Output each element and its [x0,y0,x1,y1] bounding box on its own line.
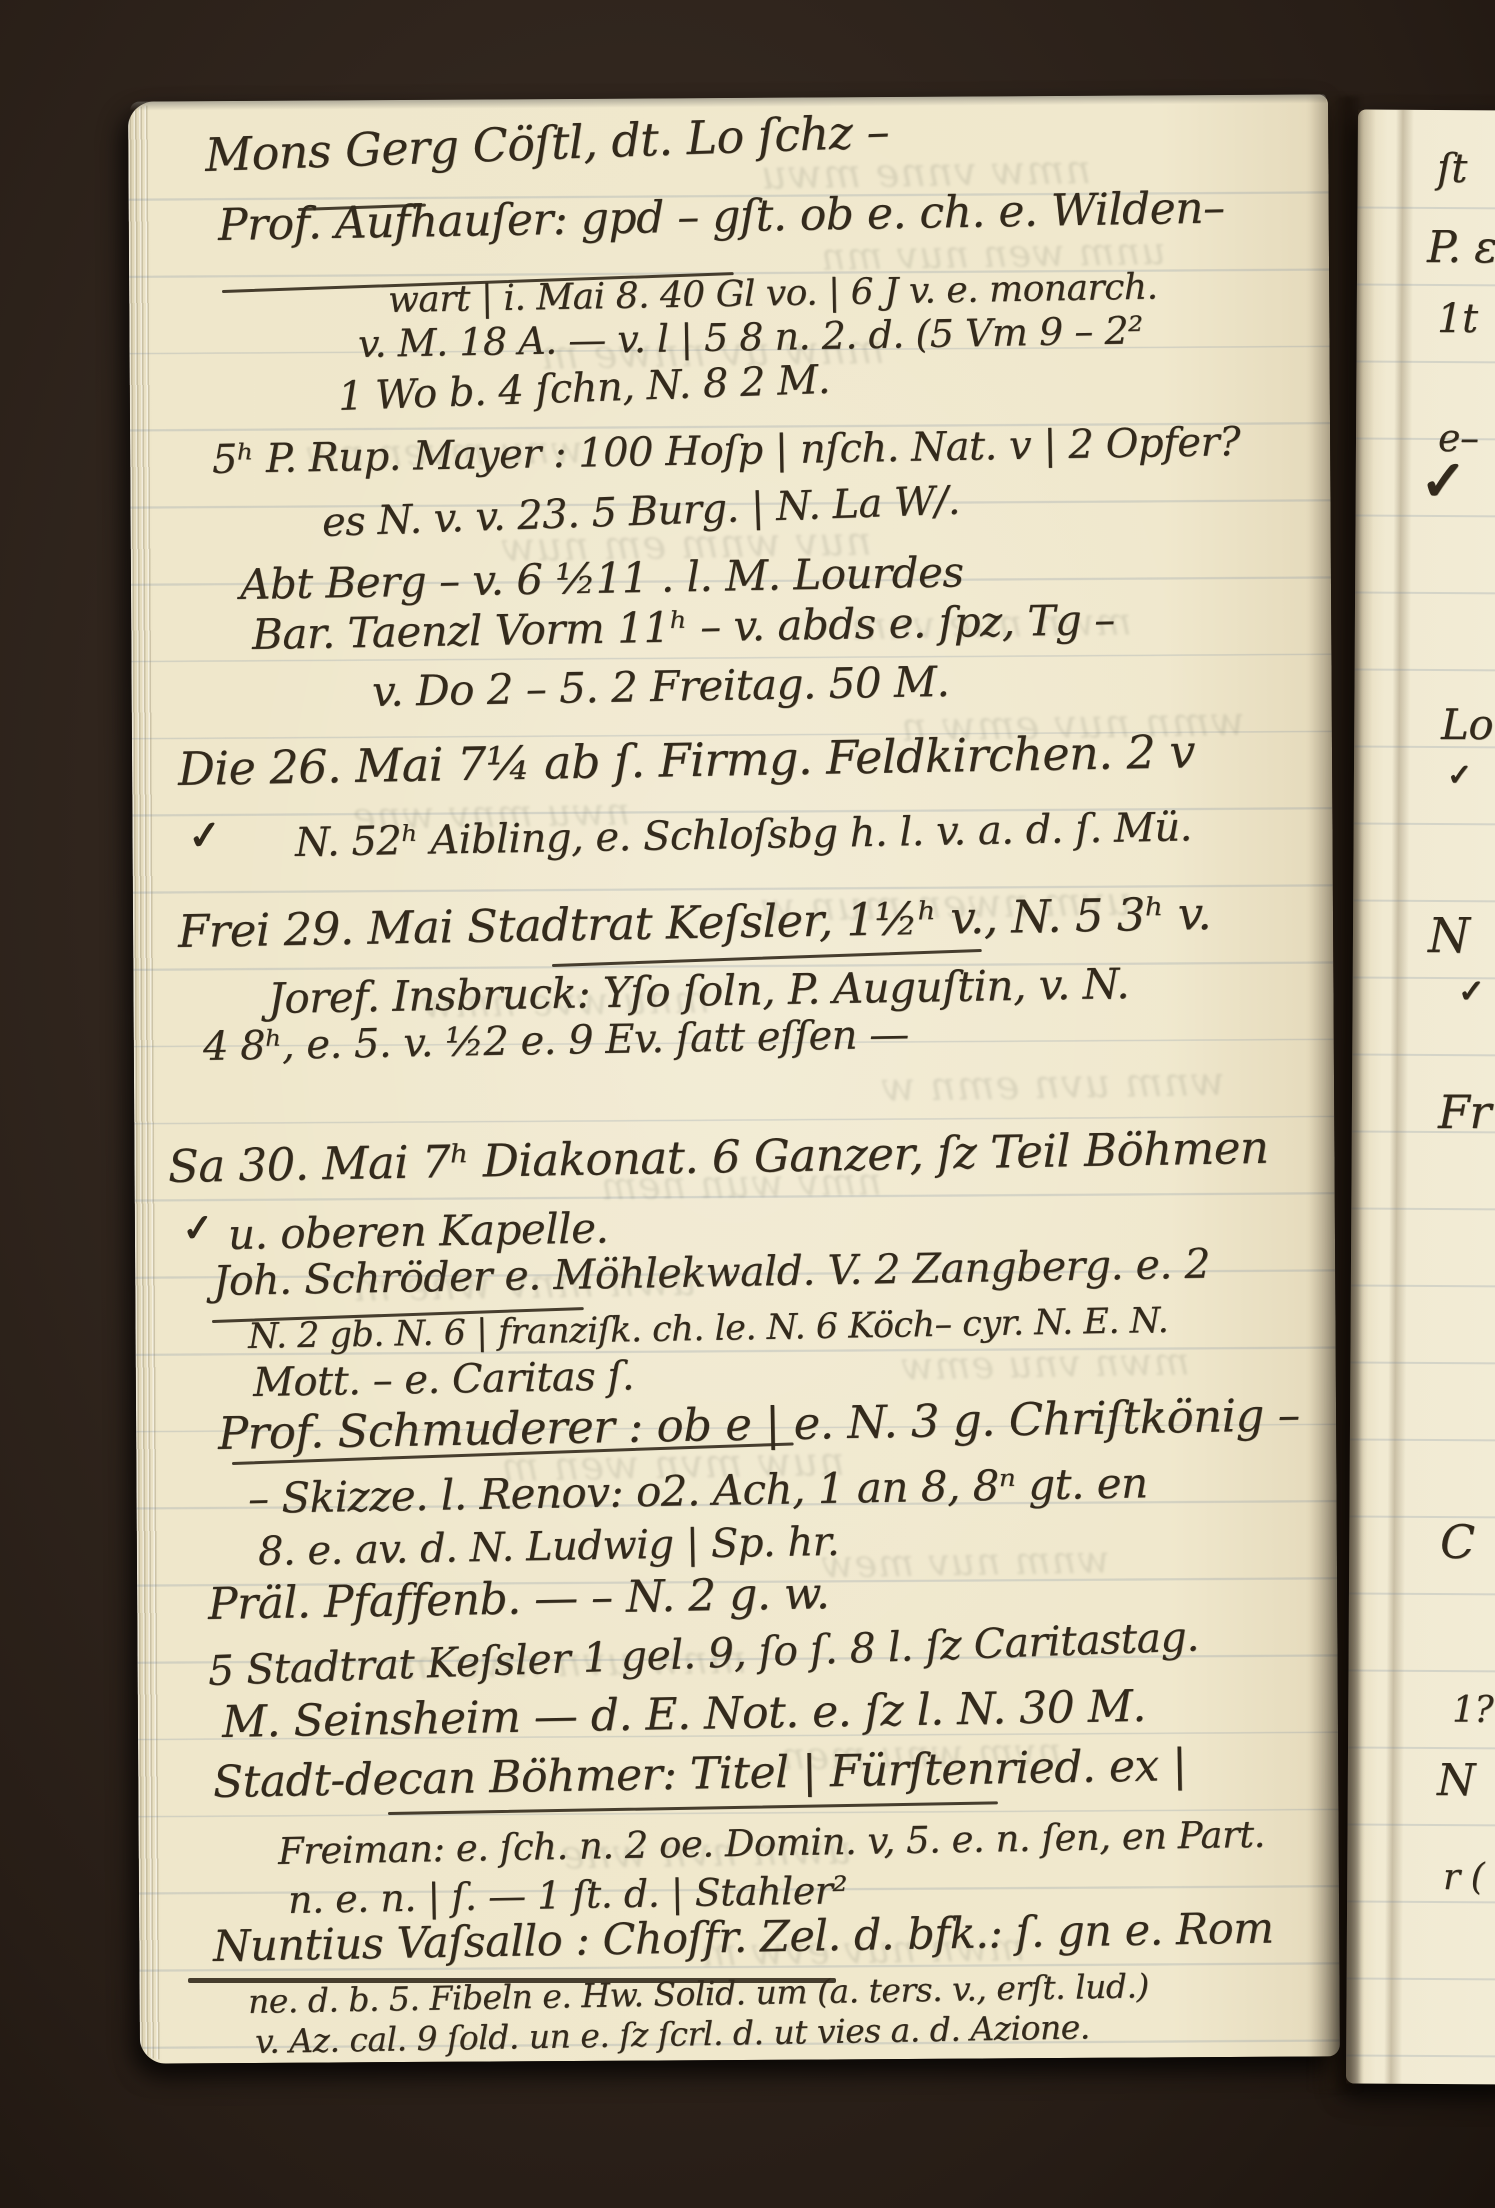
facing-page-fragment: N [1428,908,1470,964]
facing-page-fragment: P. ε [1427,222,1495,273]
bleedthrough-line: mwn vnu emw [900,1339,1190,1388]
ink-underline [388,1801,998,1815]
handwriting-ink-layer: nmw vnne mwuunm wen nuv mnmnw uv nnwe mw… [0,0,1495,2208]
facing-page-fragment: Fr [1438,1085,1491,1139]
manuscript-line: Frei 29. Mai Stadtrat Keſsler, 1½ʰ v., N… [178,887,1212,958]
facing-page-fragment: r ( [1443,1857,1484,1898]
facing-page-fragment: Lo [1441,700,1493,749]
manuscript-line: – Skizze. l. Renov: o2. Ach, 1 an 8, 8ⁿ … [248,1458,1148,1523]
bleedthrough-line: wnm nuv mew [820,1537,1110,1586]
manuscript-line: 1 Wo b. 4 ſchn, N. 8 2 M. [337,357,830,420]
manuscript-line: v. Do 2 – 5. 2 Freitag. 50 M. [372,657,950,716]
facing-page-fragment: N [1437,1755,1475,1806]
notebook-photograph: nmw vnne mwuunm wen nuv mnmnw uv nnwe mw… [0,0,1495,2208]
manuscript-line: Die 26. Mai 7¼ ab ſ. Firmg. Feldkirchen.… [178,724,1196,796]
checkmark-mark: ✓ [186,811,223,860]
ink-underline [188,1978,836,1983]
facing-page-fragment: ſt [1437,146,1467,192]
manuscript-line: Präl. Pfaffenb. — – N. 2 g. w. [208,1568,830,1630]
manuscript-line: Joref. Insbruck: Yſo ſoln, P. Auguſtin, … [268,959,1130,1023]
manuscript-line: Freiman: e. ſch. n. 2 oe. Domin. v, 5. e… [278,1813,1266,1873]
manuscript-line: Sa 30. Mai 7ʰ Diakonat. 6 Ganzer, ſz Tei… [168,1121,1269,1193]
facing-page-fragment: ✓ [1420,448,1466,514]
facing-page-fragment: C [1440,1515,1475,1569]
manuscript-line: Stadt-decan Böhmer: Titel | Fürſtenried.… [213,1740,1187,1808]
facing-page-fragment: ✓ [1458,972,1484,1010]
facing-page-fragment: 1t [1437,296,1478,342]
checkmark-mark: ✓ [180,1204,215,1251]
facing-page-fragment: ✓ [1447,758,1472,793]
manuscript-line: 8. e. av. d. N. Ludwig | Sp. hr. [258,1519,840,1575]
bleedthrough-line: wnm uvn emn w [880,1059,1226,1111]
manuscript-line: Mott. – e. Caritas ſ. [253,1353,635,1406]
manuscript-line: 5ʰ P. Rup. Mayer : 100 Hoſp | nſch. Nat.… [212,419,1241,483]
facing-page-fragment: 1? [1452,1690,1493,1731]
